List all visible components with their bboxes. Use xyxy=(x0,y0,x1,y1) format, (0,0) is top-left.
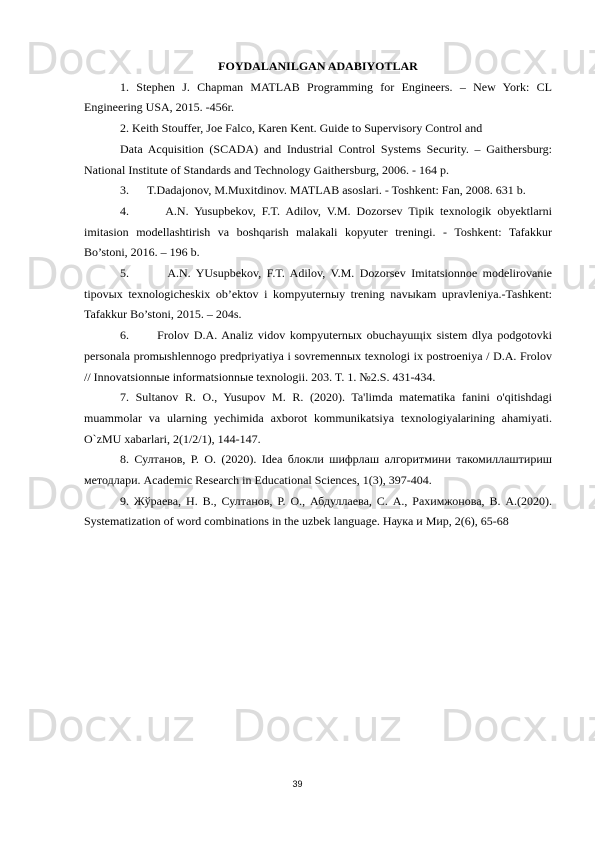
watermark-text: Docx.uz xyxy=(440,705,595,749)
watermark-text: Docx.uz xyxy=(25,705,194,749)
reference-item: 6. Frolov D.A. Analiz vidov kompyuternыx… xyxy=(84,325,552,387)
reference-item: 7. Sultanov R. O., Yusupov M. R. (2020).… xyxy=(84,387,552,449)
reference-item: 1. Stephen J. Chapman MATLAB Programming… xyxy=(84,77,552,118)
document-body: FOYDALANILGAN ADABIYOTLAR 1. Stephen J. … xyxy=(84,56,552,532)
reference-item: 4. A.N. Yusupbekov, F.T. Adilov, V.M. Do… xyxy=(84,201,552,263)
watermark-text: Docx.uz xyxy=(232,705,401,749)
reference-item: 3. T.Dadajonov, M.Muxitdinov. MATLAB aso… xyxy=(84,180,552,201)
reference-item: 5. A.N. YUsupbekov, F.T. Adilov, V.M. Do… xyxy=(84,263,552,325)
reference-item: 9. Жўраева, Н. В., Султанов, Р. О., Абду… xyxy=(84,491,552,532)
reference-item: 8. Султанов, Р. О. (2020). Idea блокли ш… xyxy=(84,449,552,490)
document-page: Docx.uz Docx.uz Docx.uz Docx.uz Docx.uz … xyxy=(0,0,595,842)
page-number: 39 xyxy=(0,779,595,789)
reference-item: 2. Keith Stouffer, Joe Falco, Karen Kent… xyxy=(84,118,552,139)
page-title: FOYDALANILGAN ADABIYOTLAR xyxy=(84,56,552,77)
reference-item: Data Acquisition (SCADA) and Industrial … xyxy=(84,139,552,180)
